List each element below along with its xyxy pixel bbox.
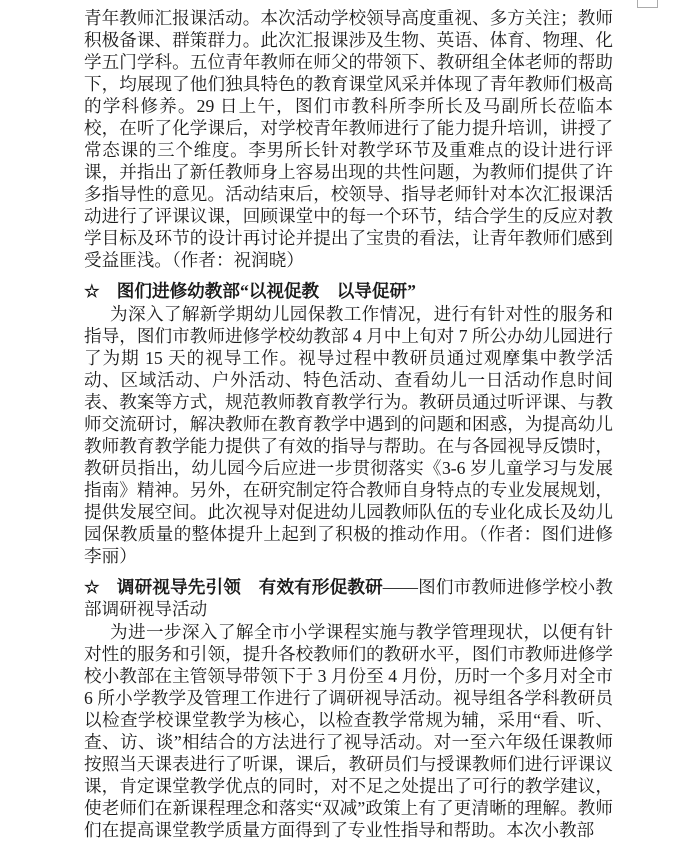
document-page: 青年教师汇报课活动。本次活动学校领导高度重视、多方关注；教师积极备课、群策群力。…	[84, 7, 613, 824]
section-heading-primary-bold-text: 调研视导先引领 有效有形促教研	[117, 577, 383, 597]
paragraph-kindergarten-inspection: 为深入了解新学期幼儿园保教工作情况，进行有针对性的服务和指导，图们市教师进修学校…	[84, 303, 613, 567]
star-bullet-icon: ☆	[84, 281, 100, 301]
paragraph-young-teachers-report: 青年教师汇报课活动。本次活动学校领导高度重视、多方关注；教师积极备课、群策群力。…	[84, 7, 613, 271]
clipped-field-box	[637, 0, 658, 8]
paragraph-primary-school-inspection: 为进一步深入了解全市小学课程实施与教学管理现状，以便有针对性的服务和引领，提升各…	[84, 621, 613, 824]
section-heading-kindergarten: ☆图们进修幼教部“以视促教 以导促研”	[84, 280, 613, 302]
section-heading-kindergarten-text: 图们进修幼教部“以视促教 以导促研”	[117, 281, 416, 301]
section-heading-primary-research: ☆调研视导先引领 有效有形促教研——图们市教师进修学校小教部调研视导活动	[84, 576, 613, 620]
star-bullet-icon: ☆	[84, 577, 100, 597]
